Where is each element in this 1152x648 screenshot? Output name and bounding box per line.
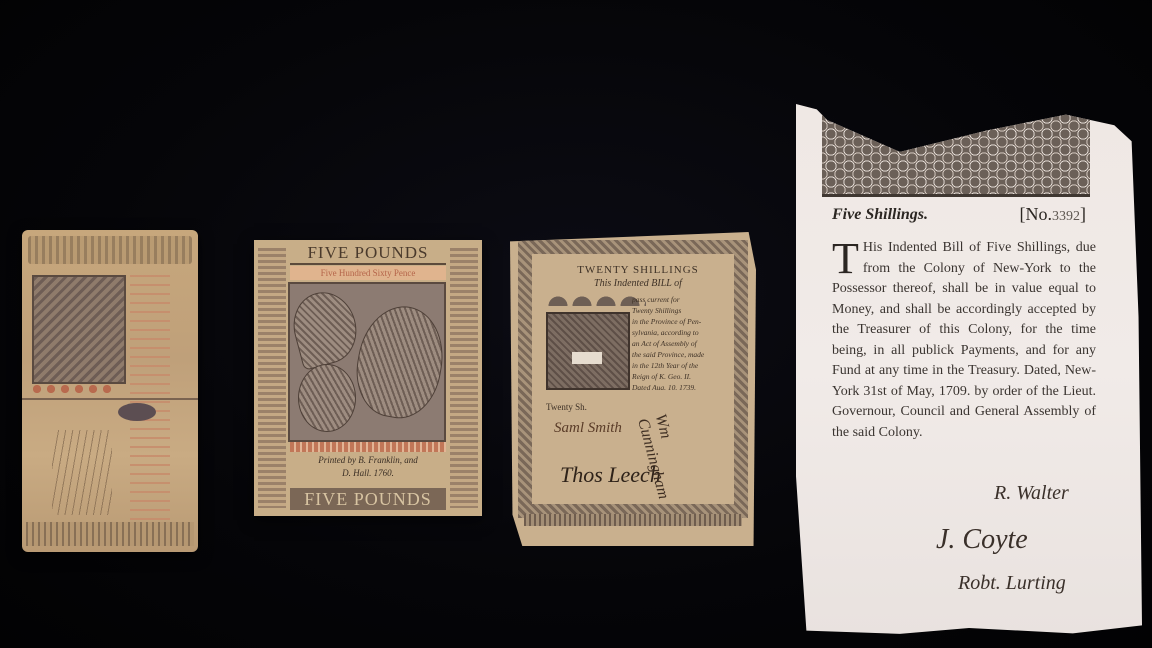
bill-text-line: in the 12th Year of the [632,360,724,371]
twenty-shillings-bill: TWENTY SHILLINGS This Indented BILL of p… [510,232,756,546]
small-amount: Twenty Sh. [546,402,587,412]
drop-cap: T [832,241,859,277]
five-pounds-bill: FIVE POUNDS Five Hundred Sixty Pence Pri… [254,240,482,516]
denomination-title: TWENTY SHILLINGS [550,264,726,276]
signature: J. Coyte [936,524,1028,556]
bill-body-text: His Indented Bill of Five Shillings, due… [832,240,1096,440]
bottom-border-band [26,522,194,546]
coat-of-arms [546,312,630,390]
scroll-ornament-header [822,110,1090,197]
new-york-five-shillings-bill: Five Shillings. [No.3392] THis Indented … [796,104,1142,636]
red-ornament-row [30,382,116,396]
signature: R. Walter [994,482,1069,505]
denomination-title-top: FIVE POUNDS [290,243,446,265]
bill-text-line: in the Province of Pen- [632,316,724,327]
printer-line-1: Printed by B. Franklin, and [290,454,446,467]
signature: Saml Smith [554,420,622,437]
serial-prefix: [No. [1020,204,1053,224]
leaf-icon [288,285,364,371]
right-border [450,248,478,508]
bill-text-line: the said Province, made [632,349,724,360]
serial-number: [No.3392] [1020,204,1087,225]
printer-credit: Printed by B. Franklin, and D. Hall. 176… [290,454,446,480]
printer-line-2: D. Hall. 1760. [290,467,446,480]
serial-value: 3392 [1052,209,1080,224]
leaf-icon [298,364,356,432]
red-denomination-line: Five Hundred Sixty Pence [290,266,446,280]
handwritten-signature [52,430,112,515]
leaf-icon [349,300,446,425]
coat-of-arms-seal [32,275,126,384]
signature: Robt. Lurting [958,572,1066,595]
bill-text-line: sylvania, according to [632,327,724,338]
bill-text-line: Dated Aug. 10. 1739. [632,382,724,390]
bill-text-line: an Act of Assembly of [632,338,724,349]
fold-crease [22,398,198,400]
bill-subtitle: This Indented BILL of [550,278,726,289]
red-ornament-line [290,442,446,452]
bill-text-line: pass current for [632,294,724,305]
signatures: R. Walter J. Coyte Robt. Lurting [926,482,1116,632]
crown-icons [546,294,646,306]
red-printed-text-column [130,275,170,525]
bottom-border [524,514,742,526]
bill-text: pass current for Twenty Shillings in the… [632,294,724,390]
denomination: Five Shillings. [832,206,928,224]
bill-text-line: Twenty Shillings [632,305,724,316]
colonial-bill-narrow [22,230,198,552]
left-border [258,248,286,508]
bill-text-line: Reign of K. Geo. II. [632,371,724,382]
bill-body: THis Indented Bill of Five Shillings, du… [832,238,1096,443]
denomination-title-bottom: FIVE POUNDS [290,488,446,510]
nature-print-leaves [288,282,446,442]
serial-suffix: ] [1080,204,1086,224]
oval-emblem [118,403,156,421]
top-border-band [28,236,192,264]
